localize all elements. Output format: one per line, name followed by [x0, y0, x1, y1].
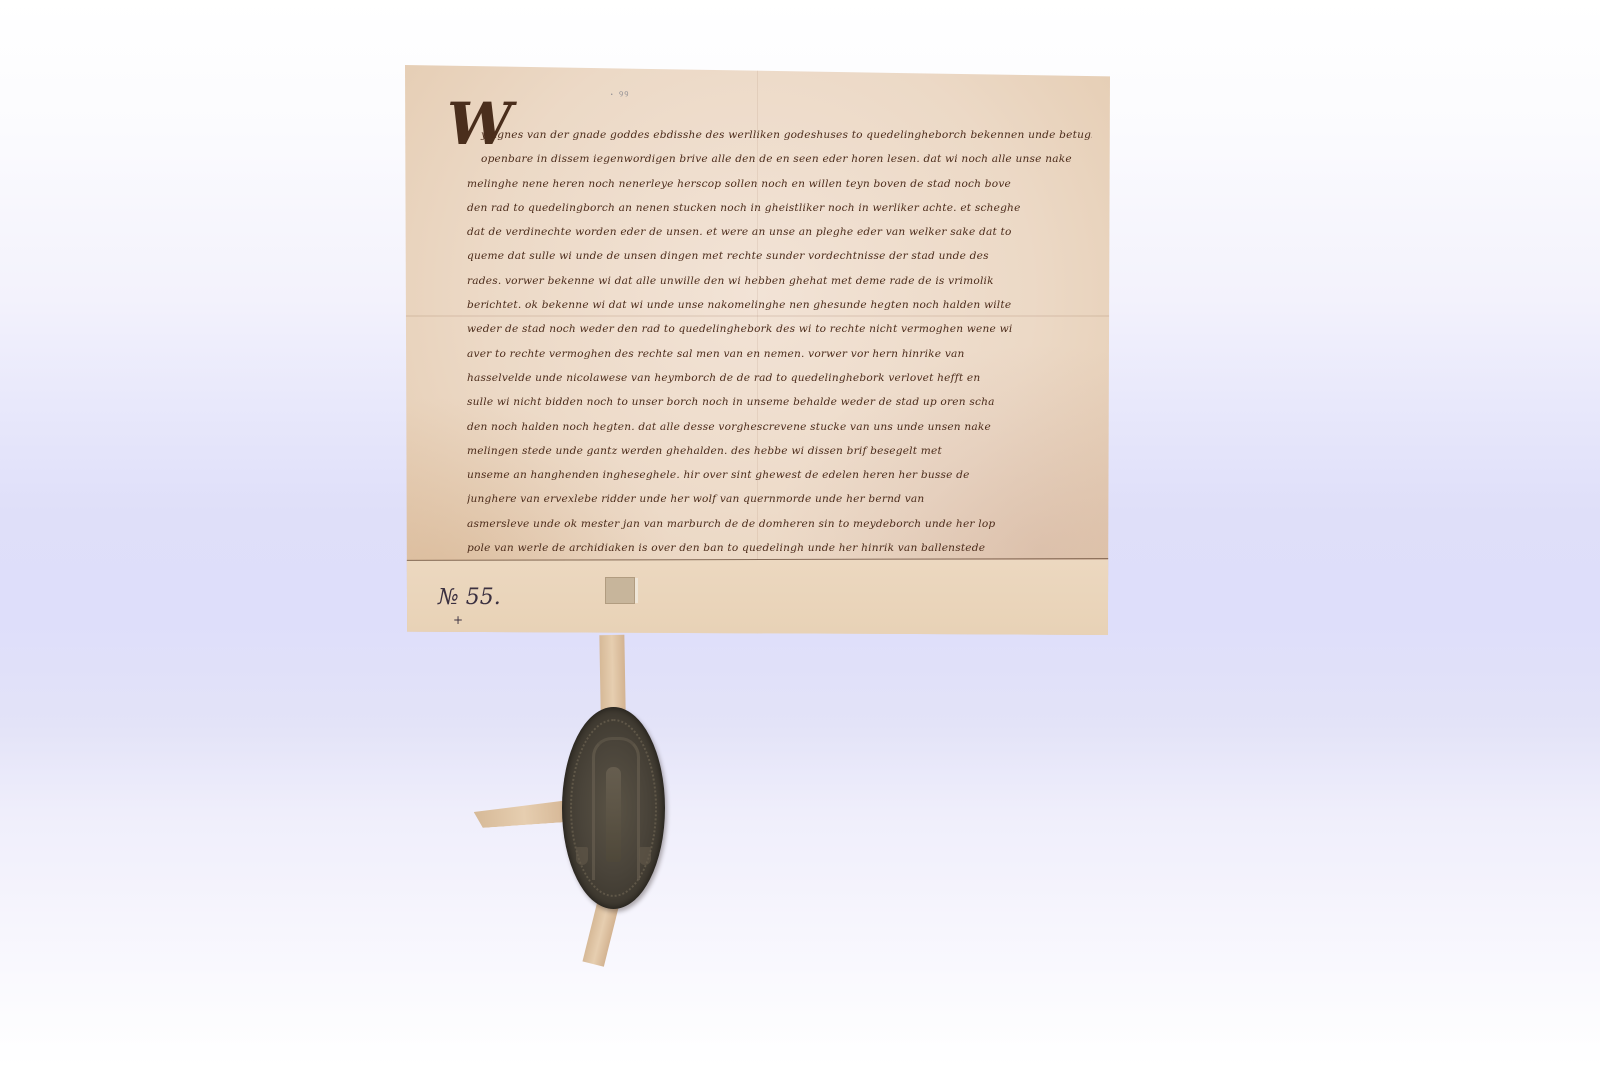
shelfmark-number: № 55.: [438, 585, 501, 610]
stamp-edge: [635, 578, 638, 603]
text-line: dat de verdinechte worden eder de unsen.…: [467, 220, 1092, 244]
text-line: y agnes van der gnade goddes ebdisshe de…: [467, 123, 1092, 147]
wax-seal: [562, 707, 665, 909]
text-line: asmersleve unde ok mester jan van marbur…: [467, 512, 1092, 536]
text-line: rades. vorwer bekenne wi dat alle unwill…: [467, 269, 1092, 293]
seal-standing-figure-icon: [606, 767, 621, 862]
seal-tag-left: [473, 800, 574, 829]
seal-shield-right-icon: [639, 847, 651, 865]
text-line: hilghen mertelers alse he ghevunden wart…: [467, 633, 1092, 657]
shelfmark-cross: +: [453, 613, 463, 627]
text-line: queme dat sulle wi unde de unsen dingen …: [467, 244, 1092, 268]
text-line: junghere van ervexlebe ridder unde her w…: [467, 487, 1092, 511]
text-line: melinghe nene heren noch nenerleye hersc…: [467, 172, 1092, 196]
seal-shield-left-icon: [576, 847, 588, 865]
plica-fold: [405, 560, 1110, 635]
text-line: pole van werle de archidiaken is over de…: [467, 536, 1092, 560]
seal-tag-top: [599, 635, 625, 710]
text-line: sulle wi nicht bidden noch to unser borc…: [467, 390, 1092, 414]
seal-slit-stamp: [605, 577, 635, 604]
text-line: unseme an hanghenden ingheseghele. hir o…: [467, 463, 1092, 487]
text-line: openbare in dissem iegenwordigen brive a…: [467, 147, 1092, 171]
text-line: aver to rechte vermoghen des rechte sal …: [467, 342, 1092, 366]
text-line: weder de stad noch weder den rad to qued…: [467, 317, 1092, 341]
parchment-charter: · ꝰꝰ W y agnes van der gnade goddes ebdi…: [405, 65, 1110, 635]
text-line: den noch halden noch hegten. dat alle de…: [467, 415, 1092, 439]
text-line: berichtet. ok bekenne wi dat wi unde uns…: [467, 293, 1092, 317]
text-line: melingen stede unde gantz werden ghehald…: [467, 439, 1092, 463]
archival-top-mark: · ꝰꝰ: [610, 87, 629, 102]
text-line: den rad to quedelingborch an nenen stuck…: [467, 196, 1092, 220]
text-line: hasselvelde unde nicolawese van heymborc…: [467, 366, 1092, 390]
